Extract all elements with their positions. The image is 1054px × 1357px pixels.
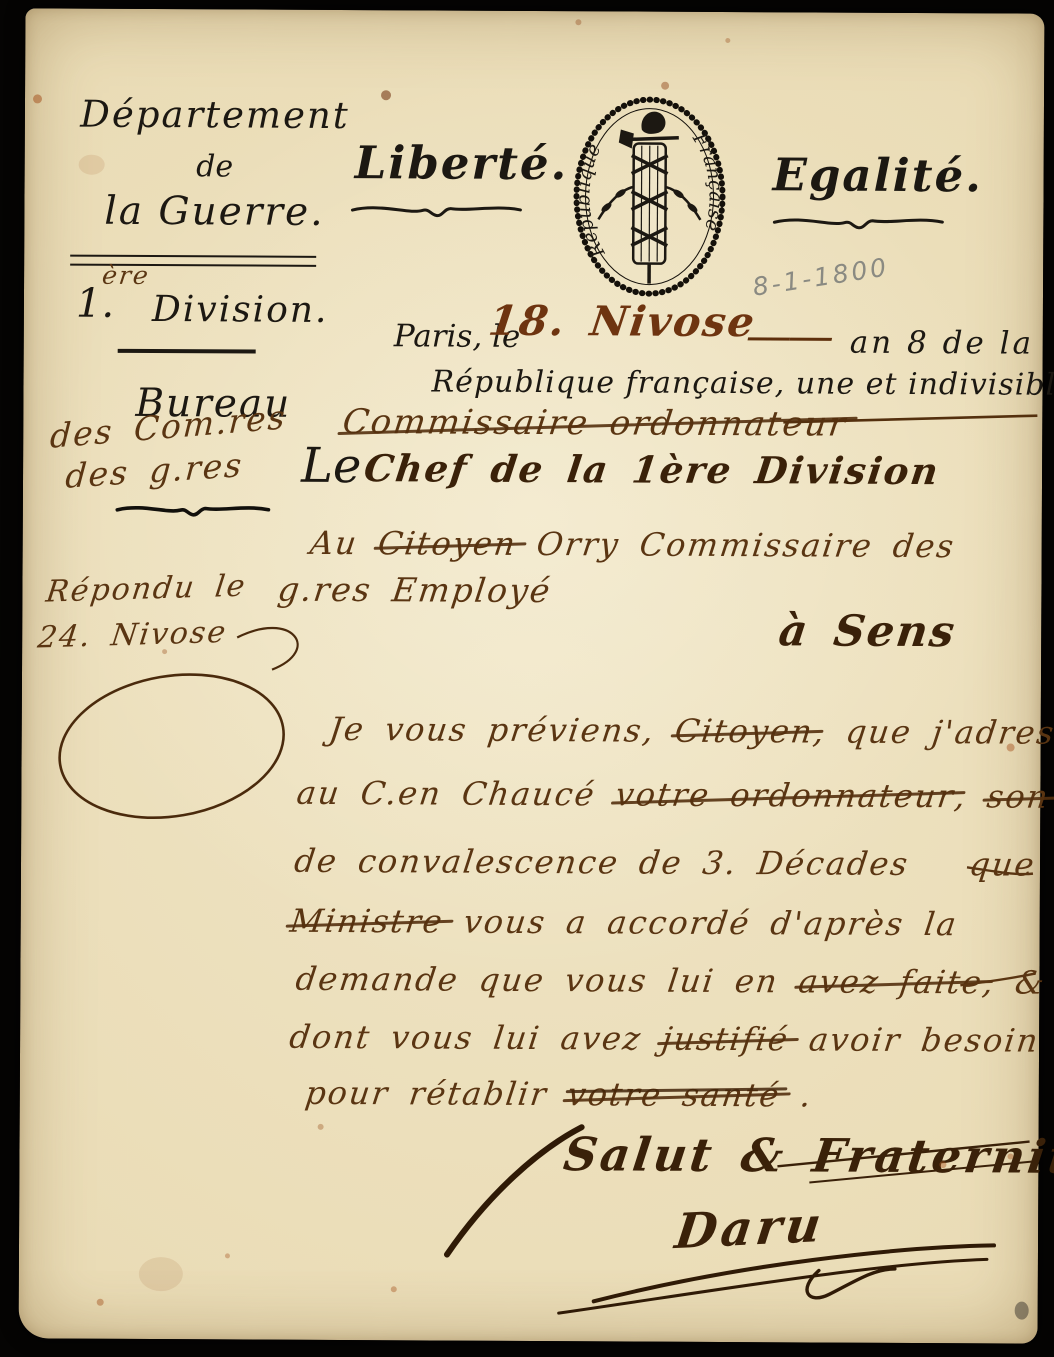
signature-paraph — [594, 1243, 994, 1303]
foxing-spot — [725, 38, 730, 43]
foxing-spot — [318, 1124, 324, 1130]
foxing-spot — [225, 1253, 230, 1258]
foxing-spot — [575, 19, 581, 25]
photo-background: Département de la Guerre. 1. ère Divisio… — [0, 0, 1054, 1357]
foxing-spot — [162, 649, 167, 654]
foxing-spot — [1007, 1153, 1013, 1159]
foxing-spot — [661, 82, 669, 90]
strike-extension-line — [783, 414, 1037, 423]
foxing-spot — [381, 90, 391, 100]
foxing-spot — [939, 1161, 946, 1168]
foxing-spot — [97, 1299, 104, 1306]
foxing-spot — [33, 94, 42, 103]
letter-document: Département de la Guerre. 1. ère Divisio… — [19, 8, 1045, 1343]
foxing-spot — [1007, 743, 1015, 751]
stain — [79, 155, 105, 175]
salut-upstroke — [447, 1127, 582, 1256]
edge-smudge — [1015, 1302, 1029, 1320]
foxing-spot — [391, 1286, 397, 1292]
ink-flourishes — [19, 8, 1045, 1343]
stain — [139, 1257, 183, 1291]
margin-loop-flourish — [48, 658, 294, 834]
